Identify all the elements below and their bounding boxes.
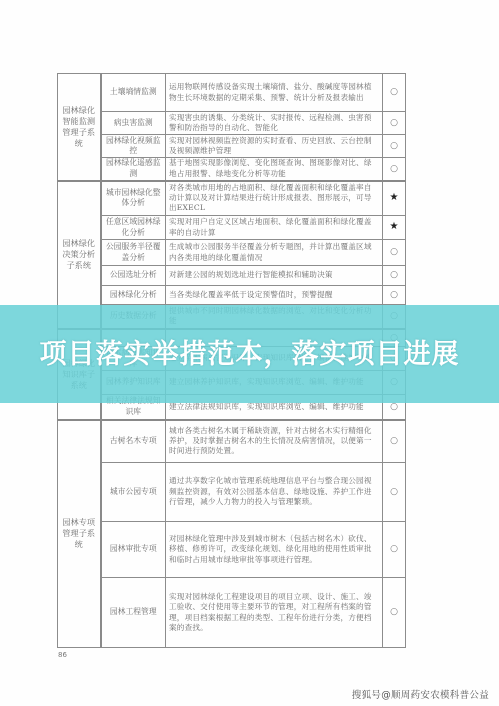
optional-flag-icon: ○ <box>383 286 406 305</box>
table-row: 公园服务半径覆盖分析 生成城市公园服务半径覆盖分析专题图，并计算出覆盖区域内各类… <box>58 240 406 266</box>
module-description-cell: 运用物联网传感设备实现土壤墒情、盐分、酸碱度等园林植物生长环境数据的定期采集、预… <box>166 74 383 112</box>
module-name-cell: 园林绿化视频监控 <box>101 135 166 158</box>
module-description-cell: 实现对园林视频监控资源的实时查看、历史回放、云台控制及视频源维护管理 <box>166 135 383 158</box>
optional-flag-icon: ○ <box>383 266 406 286</box>
table-row: 病虫害监测 实现害虫的诱集、分类统计、实时报传、远程检测、虫害预警和防治指导的自… <box>58 112 406 135</box>
optional-flag-icon: ○ <box>383 135 406 158</box>
module-name-cell: 城市公园专项 <box>101 463 166 522</box>
table-row: 任意区域园林绿化分析 实现对用户自定义区域占地面积、绿化覆盖面积和绿化覆盖率的自… <box>58 216 406 240</box>
required-star-icon: ★ <box>383 181 406 216</box>
table-row: 园林绿化智能监测管理子系统 土壤墒情监测 运用物联网传感设备实现土壤墒情、盐分、… <box>58 74 406 112</box>
optional-flag-icon: ○ <box>383 578 406 648</box>
module-name-cell: 公园选址分析 <box>101 266 166 286</box>
module-name-cell: 公园服务半径覆盖分析 <box>101 240 166 266</box>
module-name-cell: 园林绿化遥感监测 <box>101 158 166 181</box>
table-row: 园林绿化决策分析子系统 城市园林绿化整体分析 对各类城市用地的占地面积、绿化覆盖… <box>58 181 406 216</box>
optional-flag-icon: ○ <box>383 112 406 135</box>
module-description-cell: 对新建公园的规划选址进行智能模拟和辅助决策 <box>166 266 383 286</box>
module-description-cell: 生成城市公园服务半径覆盖分析专题图，并计算出覆盖区域内各类用地的绿化覆盖情况 <box>166 240 383 266</box>
module-description-cell: 实现对园林绿化工程建设项目的项目立项、设计、施工、竣工验收、交付使用等主要环节的… <box>166 578 383 648</box>
module-name-cell: 园林审批专项 <box>101 522 166 578</box>
module-description-cell: 通过共享数字化城市管理系统地理信息平台与整合现公园视频监控资源，有效对公园基本信… <box>166 463 383 522</box>
system-name-cell: 园林绿化智能监测管理子系统 <box>58 74 101 181</box>
required-star-icon: ★ <box>383 216 406 240</box>
optional-flag-icon: ○ <box>383 463 406 522</box>
table-row: 园林工程管理 实现对园林绿化工程建设项目的项目立项、设计、施工、竣工验收、交付使… <box>58 578 406 648</box>
module-description-cell: 城市各类古树名木属于稀缺资源，针对古树名木实行精细化养护，及时掌握古树名木的生长… <box>166 420 383 463</box>
module-name-cell: 园林工程管理 <box>101 578 166 648</box>
table-row: 园林绿化遥感监测 基于地图实现影像浏览、变化图斑查询、图斑影像对比、绿地占用报警… <box>58 158 406 181</box>
module-description-cell: 基于地图实现影像浏览、变化图斑查询、图斑影像对比、绿地占用报警、绿地变化分析等功… <box>166 158 383 181</box>
module-name-cell: 任意区域园林绿化分析 <box>101 216 166 240</box>
table-row: 园林绿化视频监控 实现对园林视频监控资源的实时查看、历史回放、云台控制及视频源维… <box>58 135 406 158</box>
module-description-cell: 对各类城市用地的占地面积、绿化覆盖面积和绿化覆盖率自动计算以及对计算结果进行统计… <box>166 181 383 216</box>
module-name-cell: 古树名木专项 <box>101 420 166 463</box>
module-description-cell: 对园林绿化管理中涉及到城市树木（包括古树名木）砍伐、移植、修剪许可，改变绿化规划… <box>166 522 383 578</box>
module-description-cell: 实现对用户自定义区域占地面积、绿化覆盖面积和绿化覆盖率的自动计算 <box>166 216 383 240</box>
optional-flag-icon: ○ <box>383 420 406 463</box>
module-name-cell: 土壤墒情监测 <box>101 74 166 112</box>
system-name-cell: 园林专项管理子系统 <box>58 420 101 648</box>
optional-flag-icon: ○ <box>383 240 406 266</box>
banner-title: 项目落实举措范本，落实项目进展 <box>10 337 490 372</box>
optional-flag-icon: ○ <box>383 74 406 112</box>
table-row: 城市公园专项 通过共享数字化城市管理系统地理信息平台与整合现公园视频监控资源，有… <box>58 463 406 522</box>
source-watermark: 搜狐号@顺周药安农模科普公益 <box>352 687 489 701</box>
module-name-cell: 病虫害监测 <box>101 112 166 135</box>
document-page: 园林绿化智能监测管理子系统 土壤墒情监测 运用物联网传感设备实现土壤墒情、盐分、… <box>0 0 499 706</box>
table-row: 园林专项管理子系统 古树名木专项 城市各类古树名木属于稀缺资源，针对古树名木实行… <box>58 420 406 463</box>
module-name-cell: 城市园林绿化整体分析 <box>101 181 166 216</box>
optional-flag-icon: ○ <box>383 158 406 181</box>
table-row: 公园选址分析 对新建公园的规划选址进行智能模拟和辅助决策 ○ <box>58 266 406 286</box>
table-row: 园林审批专项 对园林绿化管理中涉及到城市树木（包括古树名木）砍伐、移植、修剪许可… <box>58 522 406 578</box>
page-number: 86 <box>58 651 67 659</box>
title-banner: 项目落实举措范本，落实项目进展 <box>0 305 499 403</box>
module-name-cell: 园林绿化分析 <box>101 286 166 305</box>
module-description-cell: 当各类绿化覆盖率低于设定预警值时，预警提醒 <box>166 286 383 305</box>
optional-flag-icon: ○ <box>383 522 406 578</box>
table-row: 园林绿化分析 当各类绿化覆盖率低于设定预警值时，预警提醒 ○ <box>58 286 406 305</box>
module-description-cell: 实现害虫的诱集、分类统计、实时报传、远程检测、虫害预警和防治指导的自动化、智能化 <box>166 112 383 135</box>
